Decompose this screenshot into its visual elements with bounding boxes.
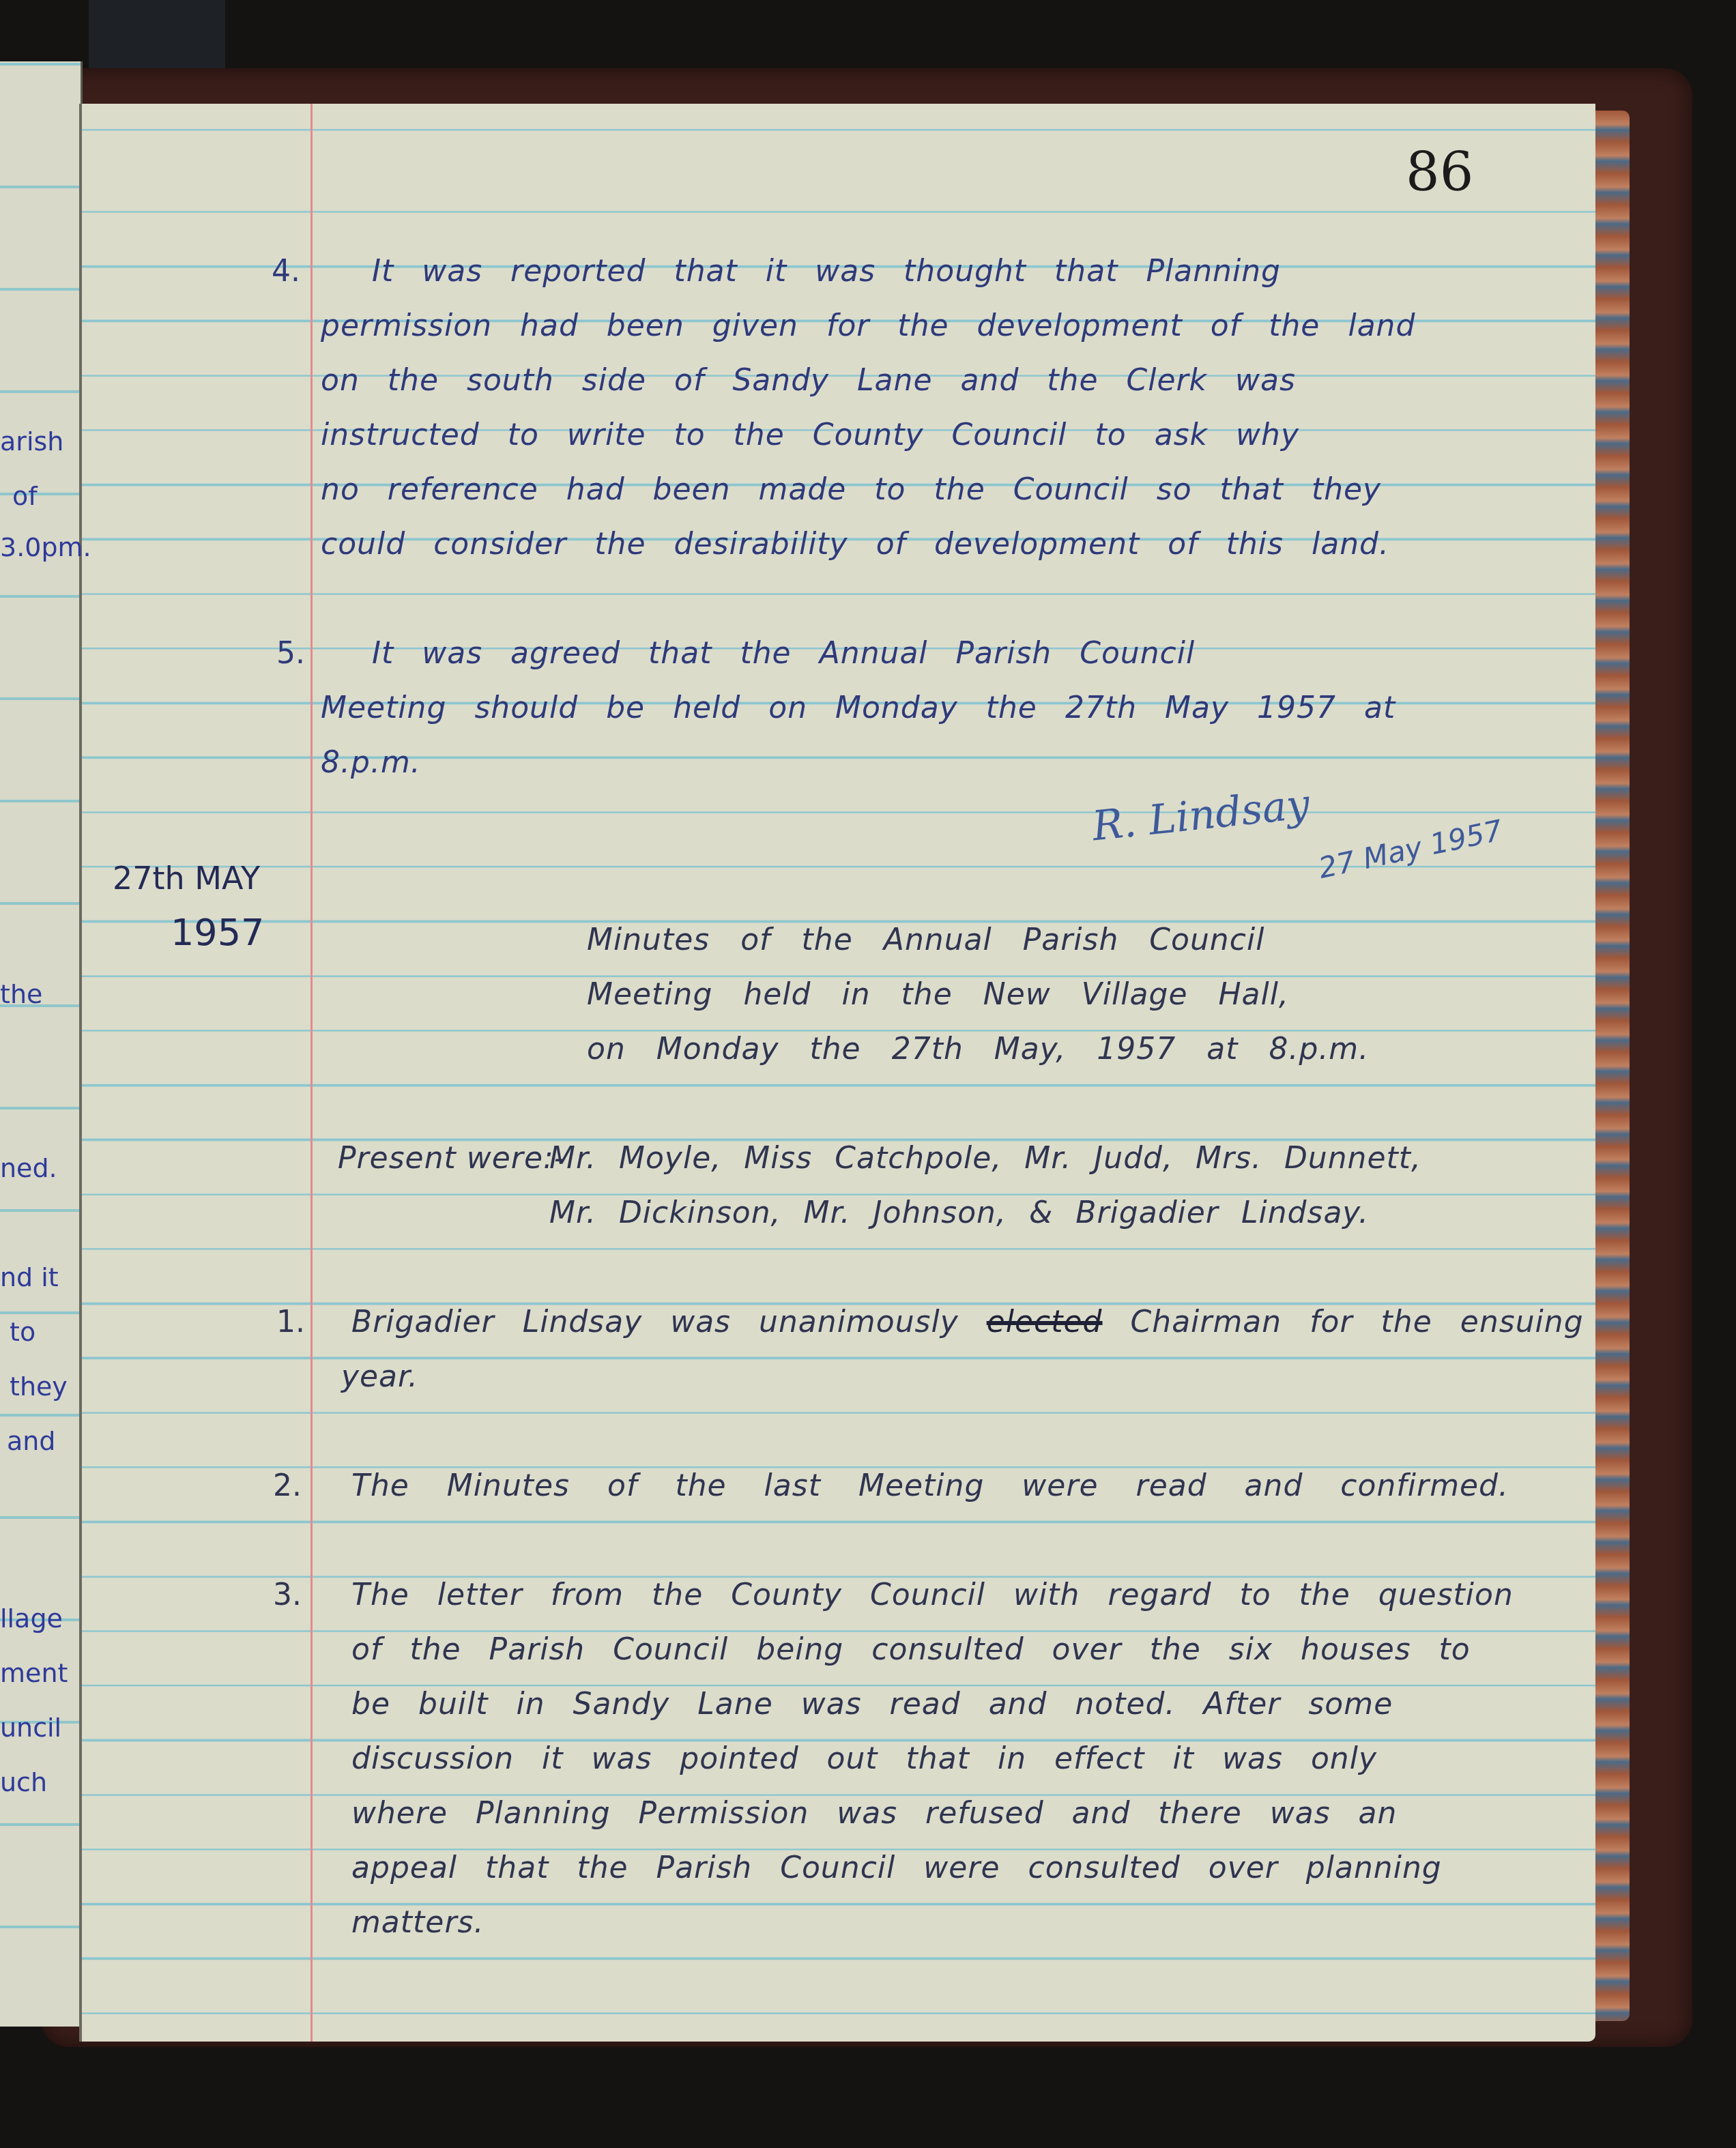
meeting-heading: Meeting held in the New Village Hall, — [587, 977, 1289, 1012]
attendees-line: Mr. Moyle, Miss Catchpole, Mr. Judd, Mrs… — [549, 1141, 1421, 1176]
spine-strip — [89, 0, 225, 68]
meeting-heading: Minutes of the Annual Parish Council — [587, 923, 1264, 957]
minute-text: Brigadier Lindsay was unanimously — [351, 1305, 959, 1339]
minute-line: It was reported that it was thought that… — [372, 254, 1281, 289]
minute-line: of the Parish Council being consulted ov… — [351, 1632, 1471, 1667]
minute-line: The Minutes of the last Meeting were rea… — [351, 1468, 1509, 1503]
minute-line: 8.p.m. — [321, 745, 421, 780]
margin-line — [310, 104, 313, 2042]
left-fragment: and — [7, 1426, 56, 1456]
item-number: 1. — [276, 1305, 305, 1339]
page-edges — [1595, 111, 1630, 2021]
left-fragment: of — [12, 481, 38, 511]
minute-line: year. — [341, 1359, 418, 1394]
meeting-heading: on Monday the 27th May, 1957 at 8.p.m. — [587, 1032, 1369, 1066]
item-number: 2. — [273, 1468, 302, 1503]
minute-line: discussion it was pointed out that in ef… — [351, 1741, 1377, 1776]
gutter-line — [79, 104, 82, 2042]
margin-date-year: 1957 — [171, 911, 264, 954]
struck-word: elected — [987, 1305, 1103, 1339]
margin-date: 27th MAY — [113, 860, 260, 897]
left-fragment: arish — [0, 426, 63, 456]
left-fragment: nd it — [0, 1262, 59, 1292]
minute-line: no reference had been made to the Counci… — [321, 472, 1381, 507]
left-fragment: uncil — [0, 1713, 61, 1743]
left-fragment: ned. — [0, 1153, 57, 1183]
minute-line: be built in Sandy Lane was read and note… — [351, 1687, 1393, 1722]
minute-line: matters. — [351, 1905, 484, 1940]
minute-line: where Planning Permission was refused an… — [351, 1796, 1397, 1831]
minute-line: Meeting should be held on Monday the 27t… — [321, 691, 1395, 725]
minute-text: Chairman for the ensuing — [1131, 1305, 1584, 1339]
item-number: 4. — [272, 254, 300, 289]
present-label: Present were:- — [338, 1141, 566, 1176]
left-fragment: ment — [0, 1658, 68, 1688]
minute-line: It was agreed that the Annual Parish Cou… — [372, 636, 1195, 671]
left-fragment: uch — [0, 1767, 47, 1797]
item-number: 5. — [276, 636, 305, 671]
item-number: 3. — [273, 1578, 302, 1612]
minute-line: on the south side of Sandy Lane and the … — [321, 363, 1296, 398]
left-fragment: llage — [0, 1603, 63, 1634]
attendees-line: Mr. Dickinson, Mr. Johnson, & Brigadier … — [549, 1195, 1369, 1230]
left-fragment: 3.0pm. — [0, 532, 91, 562]
left-fragment: the — [0, 979, 42, 1009]
minute-line: instructed to write to the County Counci… — [321, 418, 1299, 452]
minute-line: could consider the desirability of devel… — [321, 527, 1389, 562]
left-fragment: they — [10, 1371, 68, 1402]
minute-line: appeal that the Parish Council were cons… — [351, 1851, 1442, 1885]
minute-line: The letter from the County Council with … — [351, 1578, 1514, 1612]
left-fragment: to — [10, 1317, 35, 1347]
page-number: 86 — [1406, 142, 1473, 203]
minute-line: permission had been given for the develo… — [321, 308, 1415, 343]
minute-line: Brigadier Lindsay was unanimously electe… — [351, 1305, 1584, 1339]
